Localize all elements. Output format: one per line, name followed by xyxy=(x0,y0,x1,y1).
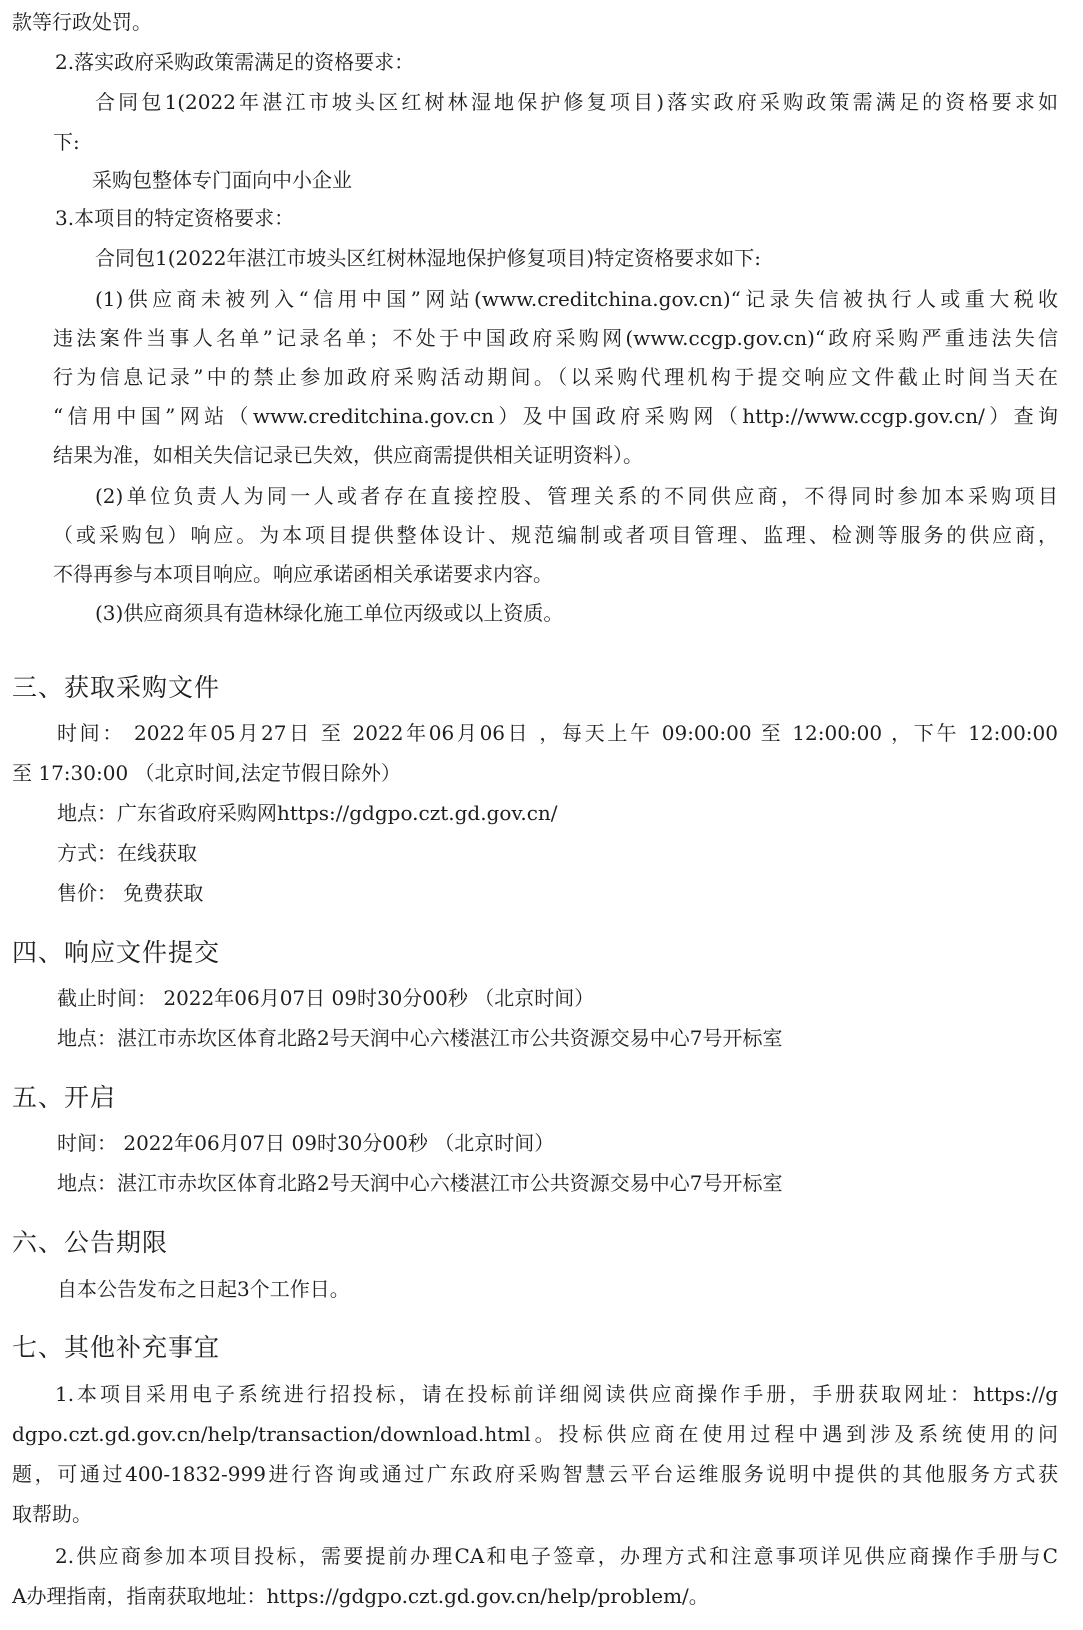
section-3-time-cont: 至 17:30:00 （北京时间,法定节假日除外） xyxy=(12,760,401,786)
requirement-1-line: 违法案件当事人名单”记录名单；不处于中国政府采购网(www.ccgp.gov.c… xyxy=(53,325,1058,351)
requirement-2-line: 不得再参与本项目响应。响应承诺函相关承诺要求内容。 xyxy=(53,561,553,587)
qualification-item-2-paragraph: 合同包1(2022年湛江市坡头区红树林湿地保护修复项目)落实政府采购政策需满足的… xyxy=(95,89,1058,115)
carryover-text: 款等行政处罚。 xyxy=(12,9,152,35)
qualification-policy: 采购包整体专门面向中小企业 xyxy=(92,167,352,193)
section-7-item-1-line: 题，可通过400-1832-999进行咨询或通过广东政府采购智慧云平台运维服务说… xyxy=(12,1461,1058,1487)
requirement-2-line: (2)单位负责人为同一人或者存在直接控股、管理关系的不同供应商，不得同时参加本采… xyxy=(95,483,1058,509)
qualification-item-2-title: 2.落实政府采购政策需满足的资格要求： xyxy=(55,49,414,75)
section-7-item-2-line: 2.供应商参加本项目投标，需要提前办理CA和电子签章，办理方式和注意事项详见供应… xyxy=(55,1543,1058,1569)
qualification-item-2-paragraph-cont: 下: xyxy=(53,129,80,155)
section-7-item-1-line: 1.本项目采用电子系统进行招投标，请在投标前详细阅读供应商操作手册，手册获取网址… xyxy=(55,1381,1058,1407)
section-4-heading: 四、响应文件提交 xyxy=(12,937,220,969)
section-7-item-1-line: dgpo.czt.gd.gov.cn/help/transaction/down… xyxy=(12,1421,1058,1447)
section-3-time: 时间： 2022年05月27日 至 2022年06月06日 ，每天上午 09:0… xyxy=(57,720,1058,746)
section-7-item-2-line: A办理指南，指南获取地址：https://gdgpo.czt.gd.gov.cn… xyxy=(12,1583,709,1609)
section-5-time: 时间： 2022年06月07日 09时30分00秒 （北京时间） xyxy=(57,1130,554,1156)
section-4-deadline: 截止时间： 2022年06月07日 09时30分00秒 （北京时间） xyxy=(57,985,594,1011)
qualification-item-3-title: 3.本项目的特定资格要求： xyxy=(55,205,294,231)
section-6-text: 自本公告发布之日起3个工作日。 xyxy=(57,1276,350,1302)
qualification-item-3-intro: 合同包1(2022年湛江市坡头区红树林湿地保护修复项目)特定资格要求如下: xyxy=(95,245,761,271)
requirement-1-line: “信用中国”网站（www.creditchina.gov.cn）及中国政府采购网… xyxy=(53,403,1058,429)
section-7-item-1-line: 取帮助。 xyxy=(12,1501,92,1527)
requirement-1-line: 行为信息记录”中的禁止参加政府采购活动期间。（以采购代理机构于提交响应文件截止时… xyxy=(53,364,1058,390)
section-5-location: 地点：湛江市赤坎区体育北路2号天润中心六楼湛江市公共资源交易中心7号开标室 xyxy=(57,1170,782,1196)
requirement-3: (3)供应商须具有造林绿化施工单位丙级或以上资质。 xyxy=(95,600,563,626)
section-3-method: 方式：在线获取 xyxy=(57,840,197,866)
section-4-location: 地点：湛江市赤坎区体育北路2号天润中心六楼湛江市公共资源交易中心7号开标室 xyxy=(57,1025,782,1051)
section-7-heading: 七、其他补充事宜 xyxy=(12,1332,220,1364)
section-3-location: 地点：广东省政府采购网https://gdgpo.czt.gd.gov.cn/ xyxy=(57,800,558,826)
section-5-heading: 五、开启 xyxy=(12,1082,116,1114)
requirement-1-line: (1)供应商未被列入“信用中国”网站(www.creditchina.gov.c… xyxy=(95,286,1058,312)
section-6-heading: 六、公告期限 xyxy=(12,1227,168,1259)
section-3-heading: 三、获取采购文件 xyxy=(12,672,220,704)
requirement-2-line: （或采购包）响应。为本项目提供整体设计、规范编制或者项目管理、监理、检测等服务的… xyxy=(53,522,1058,548)
requirement-1-line: 结果为准，如相关失信记录已失效，供应商需提供相关证明资料）。 xyxy=(53,442,643,468)
section-3-price: 售价： 免费获取 xyxy=(57,880,203,906)
